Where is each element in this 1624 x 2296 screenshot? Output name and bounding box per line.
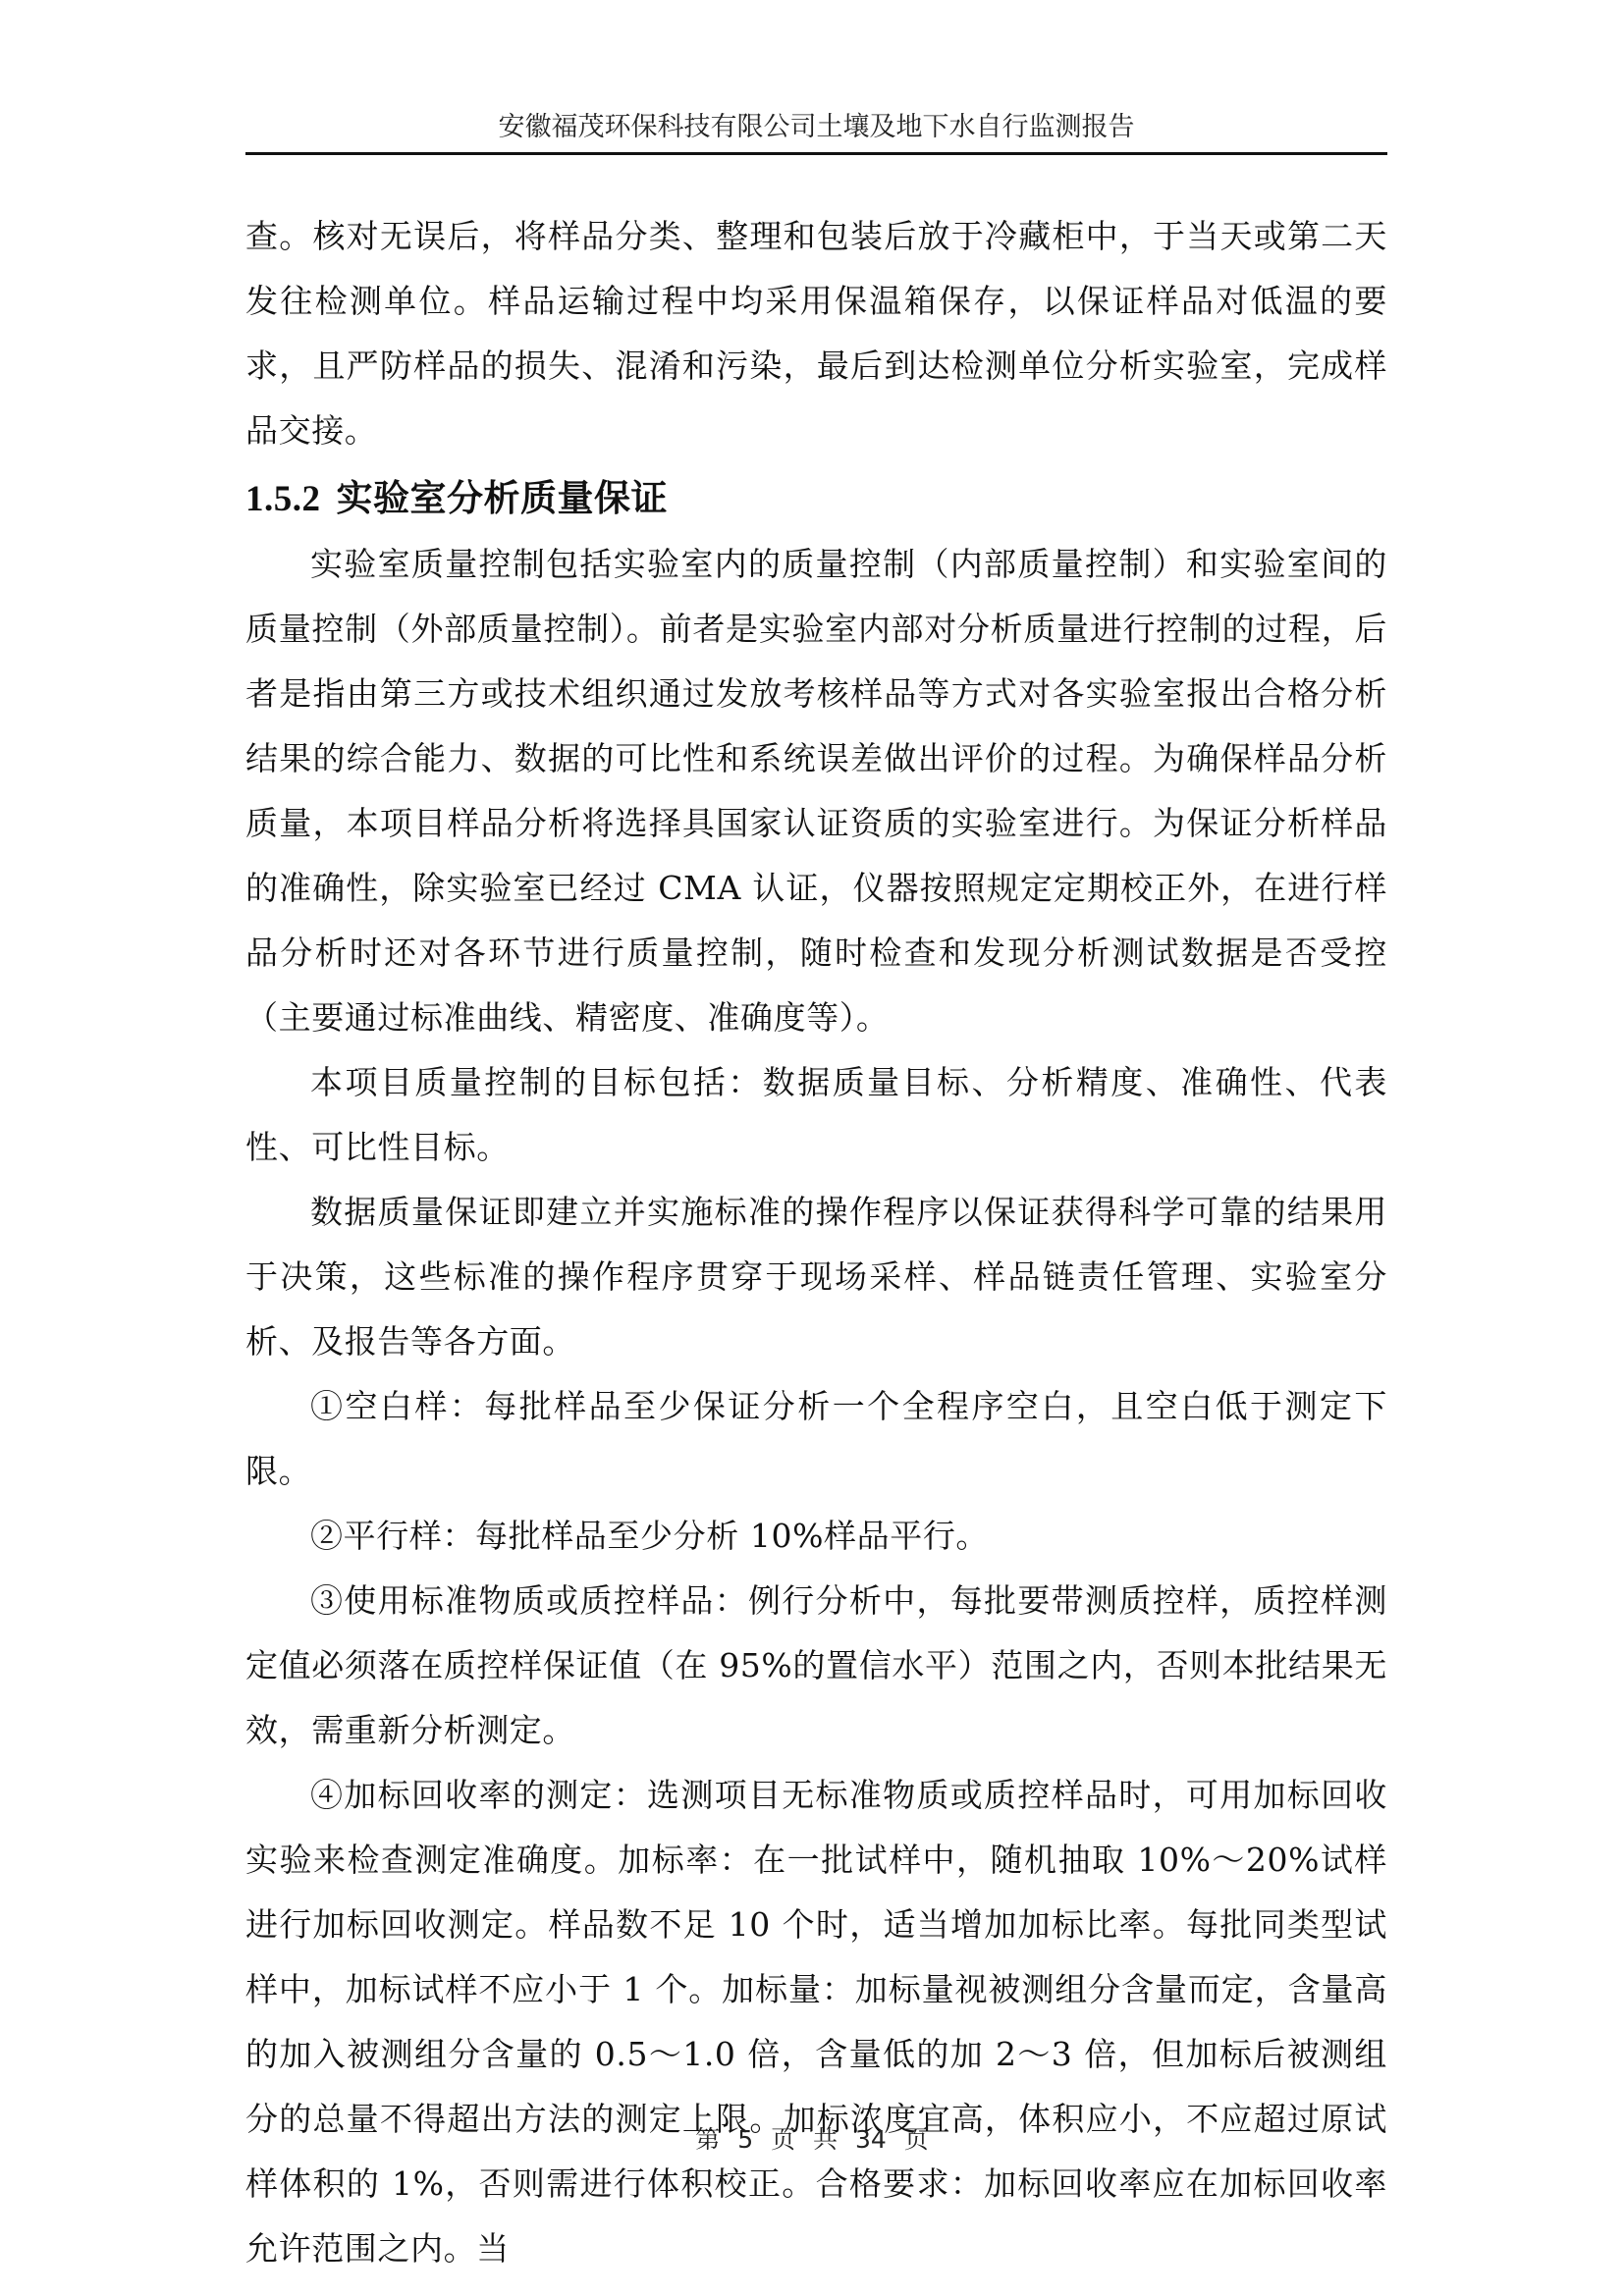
continuation-paragraph: 查。核对无误后，将样品分类、整理和包装后放于冷藏柜中，于当天或第二天发往检测单位… [245, 204, 1387, 463]
page-body: 查。核对无误后，将样品分类、整理和包装后放于冷藏柜中，于当天或第二天发往检测单位… [245, 204, 1387, 2281]
section-title: 实验室分析质量保证 [337, 479, 669, 519]
list-item-reference-material: ③使用标准物质或质控样品：例行分析中，每批要带测质控样，质控样测定值必须落在质控… [245, 1569, 1387, 1763]
paragraph-lab-qc: 实验室质量控制包括实验室内的质量控制（内部质量控制）和实验室间的质量控制（外部质… [245, 532, 1387, 1050]
paragraph-data-qa: 数据质量保证即建立并实施标准的操作程序以保证获得科学可靠的结果用于决策，这些标准… [245, 1180, 1387, 1374]
section-number: 1.5.2 [245, 479, 321, 519]
header-divider [245, 152, 1387, 155]
section-heading: 1.5.2实验室分析质量保证 [245, 467, 1387, 532]
list-item-parallel-sample: ②平行样：每批样品至少分析 10%样品平行。 [245, 1504, 1387, 1569]
paragraph-qc-goals: 本项目质量控制的目标包括：数据质量目标、分析精度、准确性、代表性、可比性目标。 [245, 1050, 1387, 1180]
list-item-spike-recovery: ④加标回收率的测定：选测项目无标准物质或质控样品时，可用加标回收实验来检查测定准… [245, 1763, 1387, 2281]
running-header: 安徽福茂环保科技有限公司土壤及地下水自行监测报告 [245, 110, 1387, 145]
list-item-blank-sample: ①空白样：每批样品至少保证分析一个全程序空白，且空白低于测定下限。 [245, 1374, 1387, 1504]
page-number-footer: 第 5 页 共 34 页 [0, 2120, 1624, 2156]
